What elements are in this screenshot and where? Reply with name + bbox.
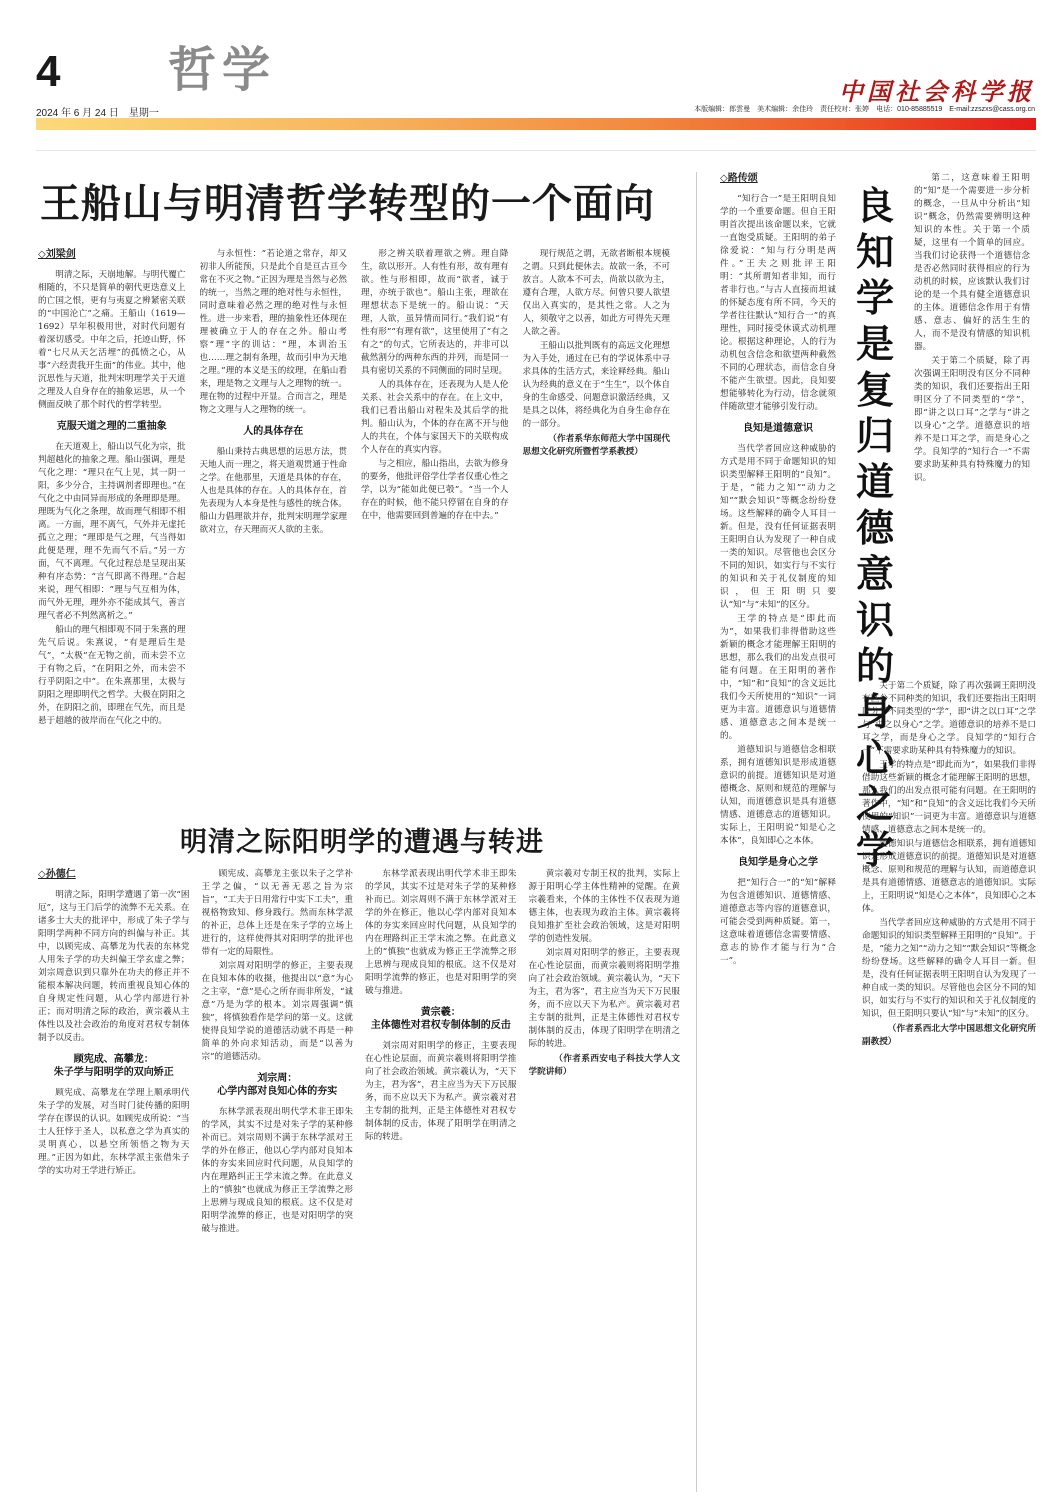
issue-date: 2024 年 6 月 24 日 星期一: [36, 104, 159, 119]
paragraph: 与之相应，船山指出，去欲为修身的要务，他批评俗学仕学者仅重心性之学，以为“能如此…: [361, 458, 509, 523]
paragraph: 王学的特点是“即此而为”，如果我们非得借助这些新颖的概念才能理解王阳明的思想，那…: [862, 759, 1036, 837]
paragraph: 刘宗周对阳明学的修正，主要表现在心性论层面，而黄宗羲则将阳明学推向了社会政治领域…: [529, 947, 681, 1051]
paragraph: 把“知行合一”的“知”解释为包含道德知识、道德情感、道德意志等内容的道德意识，可…: [720, 877, 836, 968]
author-note: （作者系华东师范大学中国现代思想文化研究所暨哲学系教授）: [523, 432, 671, 458]
paragraph: 东林学派表现出明代学术非王即朱的学风，其实不过是对朱子学的某种修补而已。刘宗周则…: [202, 1106, 354, 1236]
author-byline: ◇孙德仁: [38, 868, 190, 881]
article-column: 现行规范之谓，无欲者断根本规模之谓。只到此便休去。故欲一条，不可放言。人欲本不可…: [523, 248, 671, 778]
paragraph: 当代学者回应这种威胁的方式是用不同于命题知识的知识类型解释王阳明的“良知”。于是…: [720, 443, 836, 612]
article-column: 顾宪成、高攀龙主张以朱子之学补王学之偏，“以无善无恶之旨为宗旨”，“工夫于日用常…: [202, 868, 354, 1488]
paragraph: 在天道观上，船山以气化为宗，批判超越化的抽象之理。船山强调，理是气化之理：“理只…: [38, 441, 186, 623]
paragraph: 黄宗羲对专制王权的批判，实际上源于阳明心学主体性精神的觉醒。在黄宗羲看来，个体的…: [529, 868, 681, 946]
paragraph: 刘宗周对阳明学的修正，主要表现在心性论层面，而黄宗羲则将阳明学推向了社会政治领域…: [365, 1040, 517, 1144]
subheading: 刘宗周： 心学内部对良知心体的夯实: [202, 1072, 354, 1098]
header-gradient-bar: [36, 118, 1036, 130]
paragraph: 顾宪成、高攀龙主张以朱子之学补王学之偏，“以无善无恶之旨为宗旨”，“工夫于日用常…: [202, 868, 354, 959]
subheading: 黄宗羲： 主体德性对君权专制体制的反击: [365, 1006, 517, 1032]
subheading: 良知是道德意识: [720, 422, 836, 435]
author-note: （作者系西安电子科技大学人文学院讲师）: [529, 1052, 681, 1078]
paragraph: 现行规范之谓，无欲者断根本规模之谓。只到此便休去。故欲一条，不可放言。人欲本不可…: [523, 248, 671, 339]
divider: [36, 150, 1036, 151]
article-column: ◇刘梁剑 明清之际，天崩地解。与明代覆亡相随的，不只是简单的朝代更迭意义上的亡国…: [38, 248, 186, 778]
subheading: 顾宪成、高攀龙： 朱子学与阳明学的双向矫正: [38, 1053, 190, 1079]
paragraph: 明清之际，天崩地解。与明代覆亡相随的，不只是简单的朝代更迭意义上的亡国之恨，更有…: [38, 269, 186, 412]
subheading: 克服天道之理的二重抽象: [38, 420, 186, 433]
article-column: 形之辨关联着理欲之辨。理自降生，欲以形开。人有性有形，故有理有欲。性与形相即，故…: [361, 248, 509, 778]
subheading: 人的具体存在: [200, 425, 348, 438]
paragraph: 东林学派表现出明代学术非王即朱的学风，其实不过是对朱子学的某种修补而已。刘宗周则…: [365, 868, 517, 998]
paragraph: 顾宪成、高攀龙在学理上顺承明代朱子学的发展，对当时门徒传播的阳明学存在谬误的认识…: [38, 1087, 190, 1178]
paragraph: 王学的特点是“即此而为”，如果我们非得借助这些新颖的概念才能理解王阳明的思想，那…: [720, 613, 836, 743]
article-column: 黄宗羲对专制王权的批判，实际上源于阳明心学主体性精神的觉醒。在黄宗羲看来，个体的…: [529, 868, 681, 1488]
paragraph: 道德知识与道德信念相联系，拥有道德知识是形成道德意识的前提。道德知识是对道德概念…: [862, 838, 1036, 916]
paragraph: 第二，这意味着王阳明的“知”是一个需要进一步分析的概念，一旦从中分析出“知识”概…: [914, 172, 1030, 354]
article-title-wang-chuanshan: 王船山与明清哲学转型的一个面向: [40, 172, 655, 229]
paragraph: 王船山以批判既有的高远文化理想为入手处，通过在已有的学说体系中寻求具体的生活方式…: [523, 340, 671, 431]
paragraph: 形之辨关联着理欲之辨。理自降生，欲以形开。人有性有形，故有理有欲。性与形相即，故…: [361, 248, 509, 378]
paragraph: 刘宗周对阳明学的修正，主要表现在良知本体的收摄，他提出以“意”为心之主宰，“意”…: [202, 960, 354, 1064]
paragraph: 道德知识与道德信念相联系，拥有道德知识是形成道德意识的前提。道德知识是对道德概念…: [720, 744, 836, 848]
paragraph: 人的具体存在，还表现为人是人伦关系、社会关系中的存在。在上文中，我们已看出船山对…: [361, 379, 509, 457]
article-yangming: ◇孙德仁 明清之际，阳明学遭遇了第一次“困厄”，这与王门后学的流弊不无关系。在诸…: [38, 868, 680, 1488]
paragraph: 船山秉持古典思想的运思方法，贯天地人而一理之，将天道观贯通于性命之学。在他那里，…: [200, 446, 348, 537]
article-column: 东林学派表现出明代学术非王即朱的学风，其实不过是对朱子学的某种修补而已。刘宗周则…: [365, 868, 517, 1488]
article-column: ◇路传颂 “知行合一”是王阳明良知学的一个重要命题。但自王阳明首次提出该命题以来…: [720, 172, 836, 1492]
paragraph: 明清之际，阳明学遭遇了第一次“困厄”，这与王门后学的流弊不无关系。在诸多士大夫的…: [38, 889, 190, 1045]
paragraph: 当代学者回应这种威胁的方式是用不同于命题知识的知识类型解释王阳明的“良知”。于是…: [862, 917, 1036, 1021]
paragraph: 船山的理气相即观不同于朱熹的理先气后说。朱熹说，“有是理后生是气”，“太极”在无…: [38, 624, 186, 728]
article-column: ◇孙德仁 明清之际，阳明学遭遇了第一次“困厄”，这与王门后学的流弊不无关系。在诸…: [38, 868, 190, 1488]
paragraph: 关于第二个质疑，除了再次强调王阳明没有区分不同种类的知识，我们还要指出王阳明区分…: [862, 680, 1036, 758]
paragraph: “知行合一”是王阳明良知学的一个重要命题。但自王阳明首次提出该命题以来，它就一直…: [720, 193, 836, 414]
paragraph: 关于第二个质疑，除了再次强调王阳明没有区分不同种类的知识，我们还要指出王阳明区分…: [914, 355, 1030, 485]
newspaper-logo: 中国社会科学报: [839, 72, 1035, 107]
article-column: 与永恒性：“若论道之常存，却又初非人所能预，只是此个自是亘古亘今常在不灭之物。”…: [200, 248, 348, 778]
subheading: 良知学是身心之学: [720, 856, 836, 869]
article-column: 第二，这意味着王阳明的“知”是一个需要进一步分析的概念，一旦从中分析出“知识”概…: [914, 172, 1030, 672]
article-column: 关于第二个质疑，除了再次强调王阳明没有区分不同种类的知识，我们还要指出王阳明区分…: [862, 680, 1036, 1490]
article-wang-chuanshan: ◇刘梁剑 明清之际，天崩地解。与明代覆亡相随的，不只是简单的朝代更迭意义上的亡国…: [38, 248, 670, 778]
article-title-yangming: 明清之际阳明学的遭遇与转进: [180, 820, 544, 859]
section-title: 哲学: [168, 46, 276, 94]
masthead: 4 2024 年 6 月 24 日 星期一 哲学 中国社会科学报 本版编辑：郎雲…: [0, 0, 1055, 150]
editor-credits: 本版编辑：郎雲曼 美术编辑：余佳玲 责任校对：张婷 电话：010-8588551…: [694, 104, 1035, 114]
paragraph: 与永恒性：“若论道之常存，却又初非人所能预，只是此个自是亘古亘今常在不灭之物。”…: [200, 248, 348, 417]
page-number: 4: [36, 50, 60, 94]
author-byline: ◇刘梁剑: [38, 248, 186, 261]
author-byline: ◇路传颂: [720, 172, 836, 185]
column-divider: [696, 172, 697, 1492]
author-note: （作者系西北大学中国思想文化研究所副教授）: [862, 1022, 1036, 1048]
